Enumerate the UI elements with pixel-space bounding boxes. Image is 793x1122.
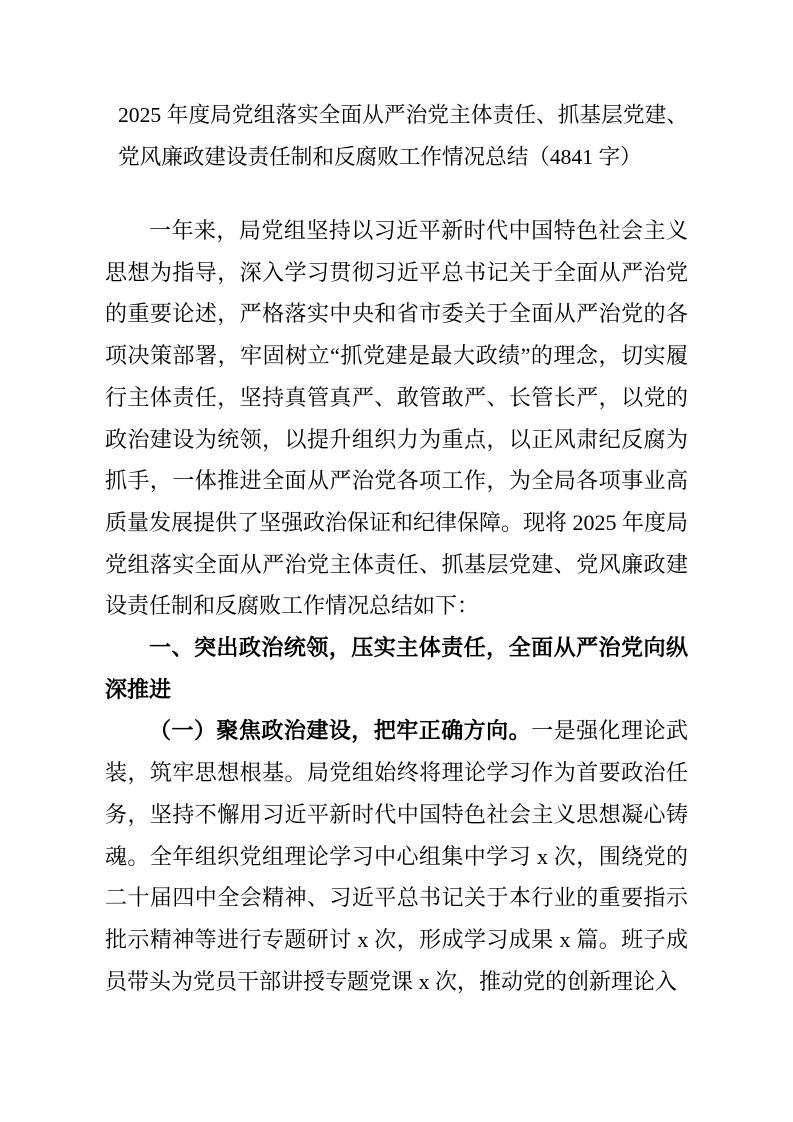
intro-paragraph: 一年来，局党组坚持以习近平新时代中国特色社会主义思想为指导，深入学习贯彻习近平总… — [105, 210, 688, 627]
document-title: 2025 年度局党组落实全面从严治党主体责任、抓基层党建、党风廉政建设责任制和反… — [105, 94, 688, 178]
section-1-heading: 一、突出政治统领，压实主体责任，全面从严治党向纵深推进 — [105, 627, 688, 710]
document-page: 2025 年度局党组落实全面从严治党主体责任、抓基层党建、党风廉政建设责任制和反… — [0, 0, 793, 1122]
subsection-1-paragraph: （一）聚焦政治建设，把牢正确方向。一是强化理论武装，筑牢思想根基。局党组始终将理… — [105, 710, 688, 1002]
subsection-1-lead: （一）聚焦政治建设，把牢正确方向。 — [149, 718, 531, 743]
subsection-1-body: 一是强化理论武装，筑牢思想根基。局党组始终将理论学习作为首要政治任务，坚持不懈用… — [105, 718, 688, 993]
